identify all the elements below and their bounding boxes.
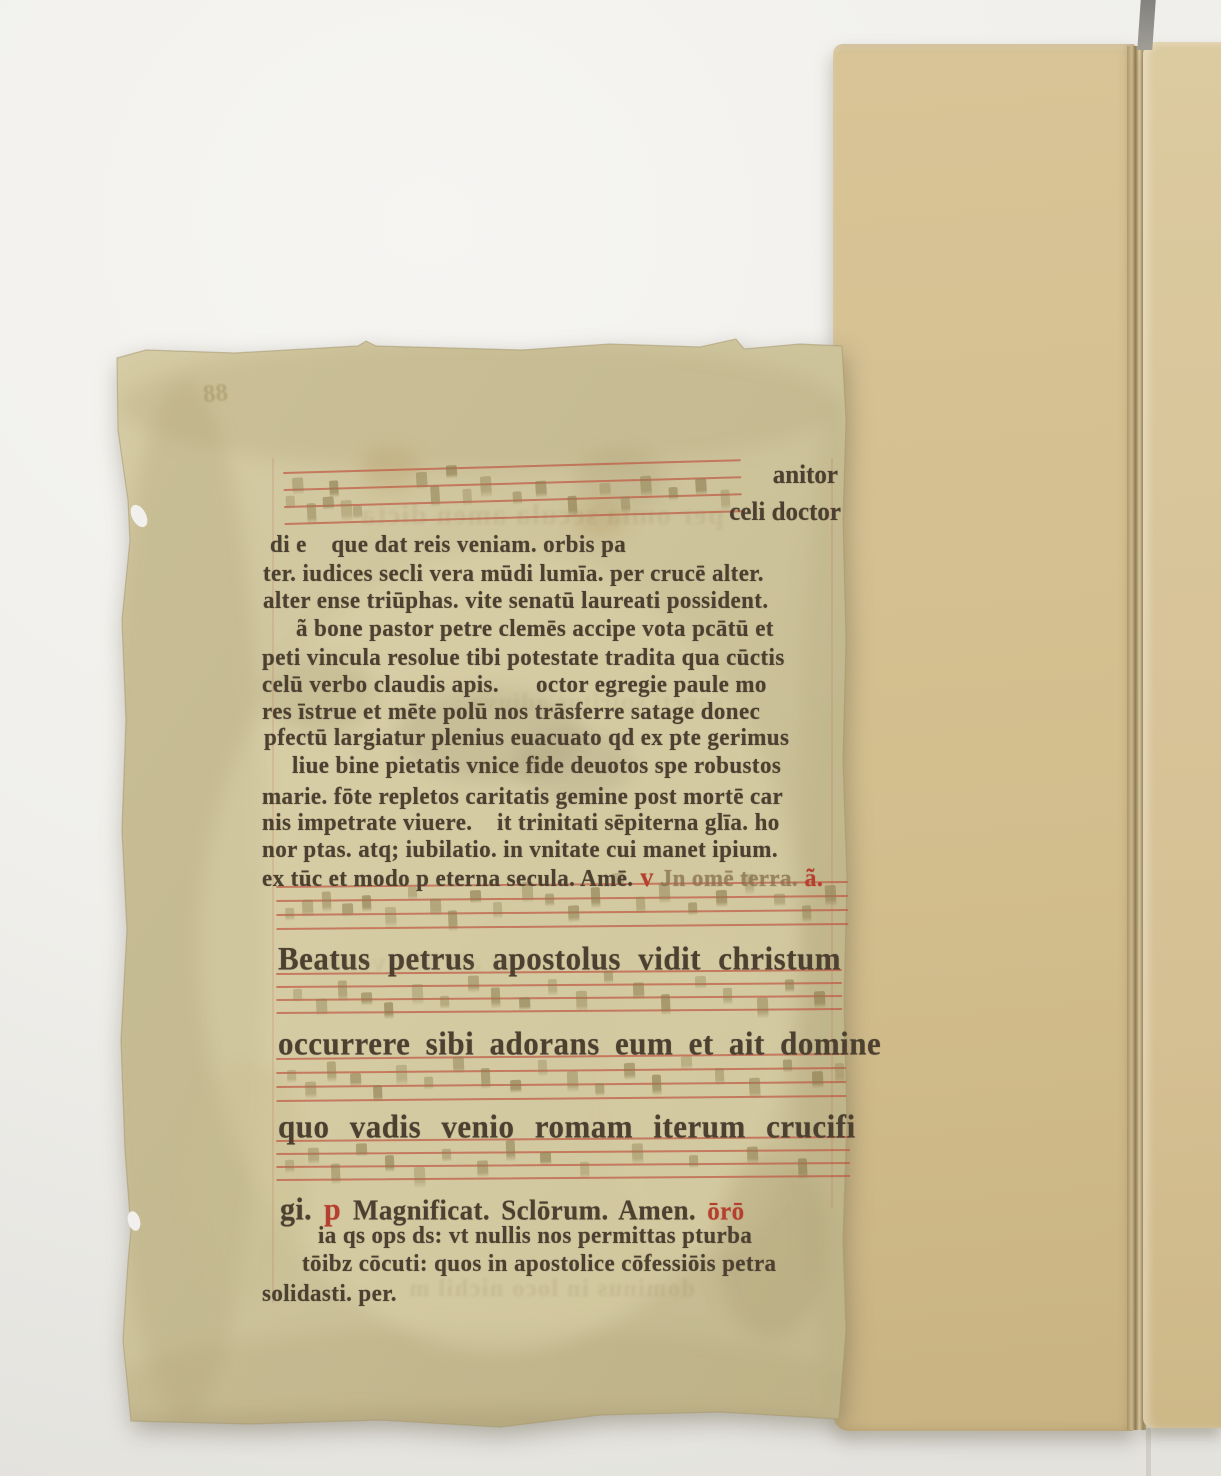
neume xyxy=(632,982,644,999)
staff-line xyxy=(276,1162,850,1168)
neume xyxy=(383,1002,393,1019)
neume xyxy=(329,480,339,498)
neume xyxy=(330,1163,340,1184)
neume xyxy=(321,891,331,912)
neume xyxy=(286,496,296,510)
neume xyxy=(315,998,327,1015)
text-segment: pfectū largiatur plenius euacuato qd ex … xyxy=(264,724,789,750)
neume xyxy=(287,1070,297,1083)
bleedthrough-text: et ait illis venite xyxy=(310,948,513,978)
neume xyxy=(812,1071,824,1088)
neume xyxy=(652,1074,662,1095)
neume xyxy=(568,905,580,922)
bleedthrough-text: sancti spiritus adiuva xyxy=(470,690,722,717)
hymn-line-1: di e que dat reis veniam. orbis pa xyxy=(270,531,626,558)
collect-line-1: ia qs ops ds: vt nullis nos permittas pt… xyxy=(318,1222,752,1249)
neume xyxy=(595,1083,605,1096)
neume xyxy=(510,1080,522,1093)
margin-line-1: anitor xyxy=(773,461,838,490)
neume xyxy=(342,903,354,916)
neume xyxy=(632,1143,644,1164)
chant-line-3: quo vadis venio romam iterum crucifi xyxy=(278,1108,856,1146)
hymn-line-10: marie. fōte repletos caritatis gemine po… xyxy=(262,783,783,810)
bleedthrough-text: per omīa secula amen dicta xyxy=(360,500,724,532)
staff-line xyxy=(276,982,842,988)
neume xyxy=(373,1085,383,1102)
neume xyxy=(385,1155,395,1172)
neume xyxy=(304,1081,316,1098)
neume xyxy=(477,1160,489,1177)
neume xyxy=(361,992,373,1005)
neume xyxy=(292,477,304,495)
text-segment: v xyxy=(633,862,660,892)
folio-number: 88 xyxy=(202,379,229,409)
text-segment: anitor xyxy=(773,461,838,489)
neume xyxy=(715,1068,725,1085)
text-segment: celi doctor xyxy=(729,498,841,526)
text-segment: marie. fōte repletos caritatis gemine po… xyxy=(262,783,783,809)
neume xyxy=(540,1152,552,1165)
neume xyxy=(306,503,316,525)
neume xyxy=(636,897,646,914)
neume xyxy=(545,893,555,906)
hymn-line-8: pfectū largiatur plenius euacuato qd ex … xyxy=(264,724,789,751)
text-segment: peti vincula resolue tibi potestate trad… xyxy=(262,644,785,670)
neume xyxy=(362,895,372,912)
hymn-line-5: peti vincula resolue tibi potestate trad… xyxy=(262,644,785,671)
neume xyxy=(307,1148,319,1165)
neume xyxy=(447,910,457,931)
text-segment: occurrere sibi adorans eum et ait domine xyxy=(278,1025,881,1062)
neume xyxy=(547,979,557,996)
chant-line-2: occurrere sibi adorans eum et ait domine xyxy=(278,1025,881,1063)
neume xyxy=(285,1160,295,1173)
neume xyxy=(695,976,707,989)
neume xyxy=(468,975,480,992)
neume xyxy=(599,483,611,497)
neume xyxy=(384,907,396,928)
neume xyxy=(688,902,698,915)
neume xyxy=(445,465,457,479)
hymn-line-9: liue bine pietatis vnice fide deuotos sp… xyxy=(292,752,781,779)
text-segment: alter ense triūphas. vite senatū laureat… xyxy=(263,587,769,613)
text-segment: ã bone pastor petre clemēs accipe vota p… xyxy=(296,615,774,641)
neume xyxy=(757,997,769,1018)
neume xyxy=(481,1068,491,1089)
neume xyxy=(493,902,503,919)
neume xyxy=(424,1076,434,1089)
neume xyxy=(519,997,531,1010)
text-segment: ex tūc et modo p eterna secula. Amē. xyxy=(262,865,633,891)
margin-line-2: celi doctor xyxy=(729,498,841,527)
neume xyxy=(395,1065,407,1086)
neume xyxy=(566,1071,578,1092)
neume xyxy=(798,1158,808,1179)
collect-line-2: tōibz cōcuti: quos in apostolice cōfessi… xyxy=(302,1250,776,1277)
collect-line-3: solidasti. per. xyxy=(262,1280,397,1307)
neume xyxy=(350,1073,362,1086)
neume xyxy=(785,979,795,992)
neume xyxy=(689,1155,699,1168)
neume xyxy=(723,988,733,1005)
neume xyxy=(640,476,652,498)
neume xyxy=(412,984,424,1005)
neume xyxy=(576,991,588,1012)
neume xyxy=(430,898,442,915)
neume xyxy=(661,994,671,1015)
neume xyxy=(746,1146,758,1163)
staff-line xyxy=(276,1067,846,1074)
neume xyxy=(623,1063,635,1080)
staff-line xyxy=(276,1081,846,1088)
neume xyxy=(535,480,547,498)
neume xyxy=(285,908,295,921)
neume xyxy=(834,1063,844,1084)
text-segment: solidasti. per. xyxy=(262,1280,397,1306)
neume xyxy=(773,893,785,906)
hymn-line-4: ã bone pastor petre clemēs accipe vota p… xyxy=(296,615,774,642)
neume xyxy=(442,1149,452,1162)
neume xyxy=(580,1162,590,1179)
neume xyxy=(414,1167,426,1188)
photo-of-manuscript-leaf: 88 anitorceli doctordi e que dat reis ve… xyxy=(0,0,1221,1476)
text-segment: quo vadis venio romam iterum crucifi xyxy=(278,1108,856,1145)
text-segment: nis impetrate viuere. it trinitati sēpit… xyxy=(262,809,780,835)
neume xyxy=(322,496,334,510)
neume xyxy=(338,980,348,1001)
hymn-line-12: nor ptas. atq; iubilatio. in vnitate cui… xyxy=(262,836,778,863)
neume xyxy=(440,996,450,1009)
neume xyxy=(825,885,837,906)
neume xyxy=(491,987,501,1008)
neume xyxy=(814,991,826,1008)
neume xyxy=(668,487,678,501)
hymn-line-2: ter. iudices secli vera mūdi lumīa. per … xyxy=(263,560,764,587)
neume xyxy=(327,1061,337,1082)
hymn-line-13: ex tūc et modo p eterna secula. Amē. v J… xyxy=(262,862,823,894)
neume xyxy=(341,500,353,522)
text-segment: ã. xyxy=(798,865,823,892)
hymn-line-3: alter ense triūphas. vite senatū laureat… xyxy=(263,587,769,614)
neume xyxy=(302,899,314,916)
neume xyxy=(480,476,492,498)
neume xyxy=(749,1078,761,1099)
text-segment: Jn omē terra. xyxy=(661,865,798,891)
neume xyxy=(802,905,812,922)
neume xyxy=(416,472,428,490)
text-segment: tōibz cōcuti: quos in apostolice cōfessi… xyxy=(302,1250,776,1276)
bleedthrough-text: dominus in loco nichil m xyxy=(408,1276,695,1303)
neume xyxy=(695,478,707,496)
hymn-line-11: nis impetrate viuere. it trinitati sēpit… xyxy=(262,809,780,836)
neume xyxy=(293,989,303,1002)
text-segment: Magnificat. Sclōrum. Amen. xyxy=(353,1194,707,1226)
text-segment: ter. iudices secli vera mūdi lumīa. per … xyxy=(263,560,764,586)
text-segment: nor ptas. atq; iubilatio. in vnitate cui… xyxy=(262,836,778,862)
text-segment: di e que dat reis veniam. orbis pa xyxy=(270,531,626,557)
text-segment: liue bine pietatis vnice fide deuotos sp… xyxy=(292,752,781,778)
text-segment: ia qs ops ds: vt nullis nos permittas pt… xyxy=(318,1222,752,1248)
